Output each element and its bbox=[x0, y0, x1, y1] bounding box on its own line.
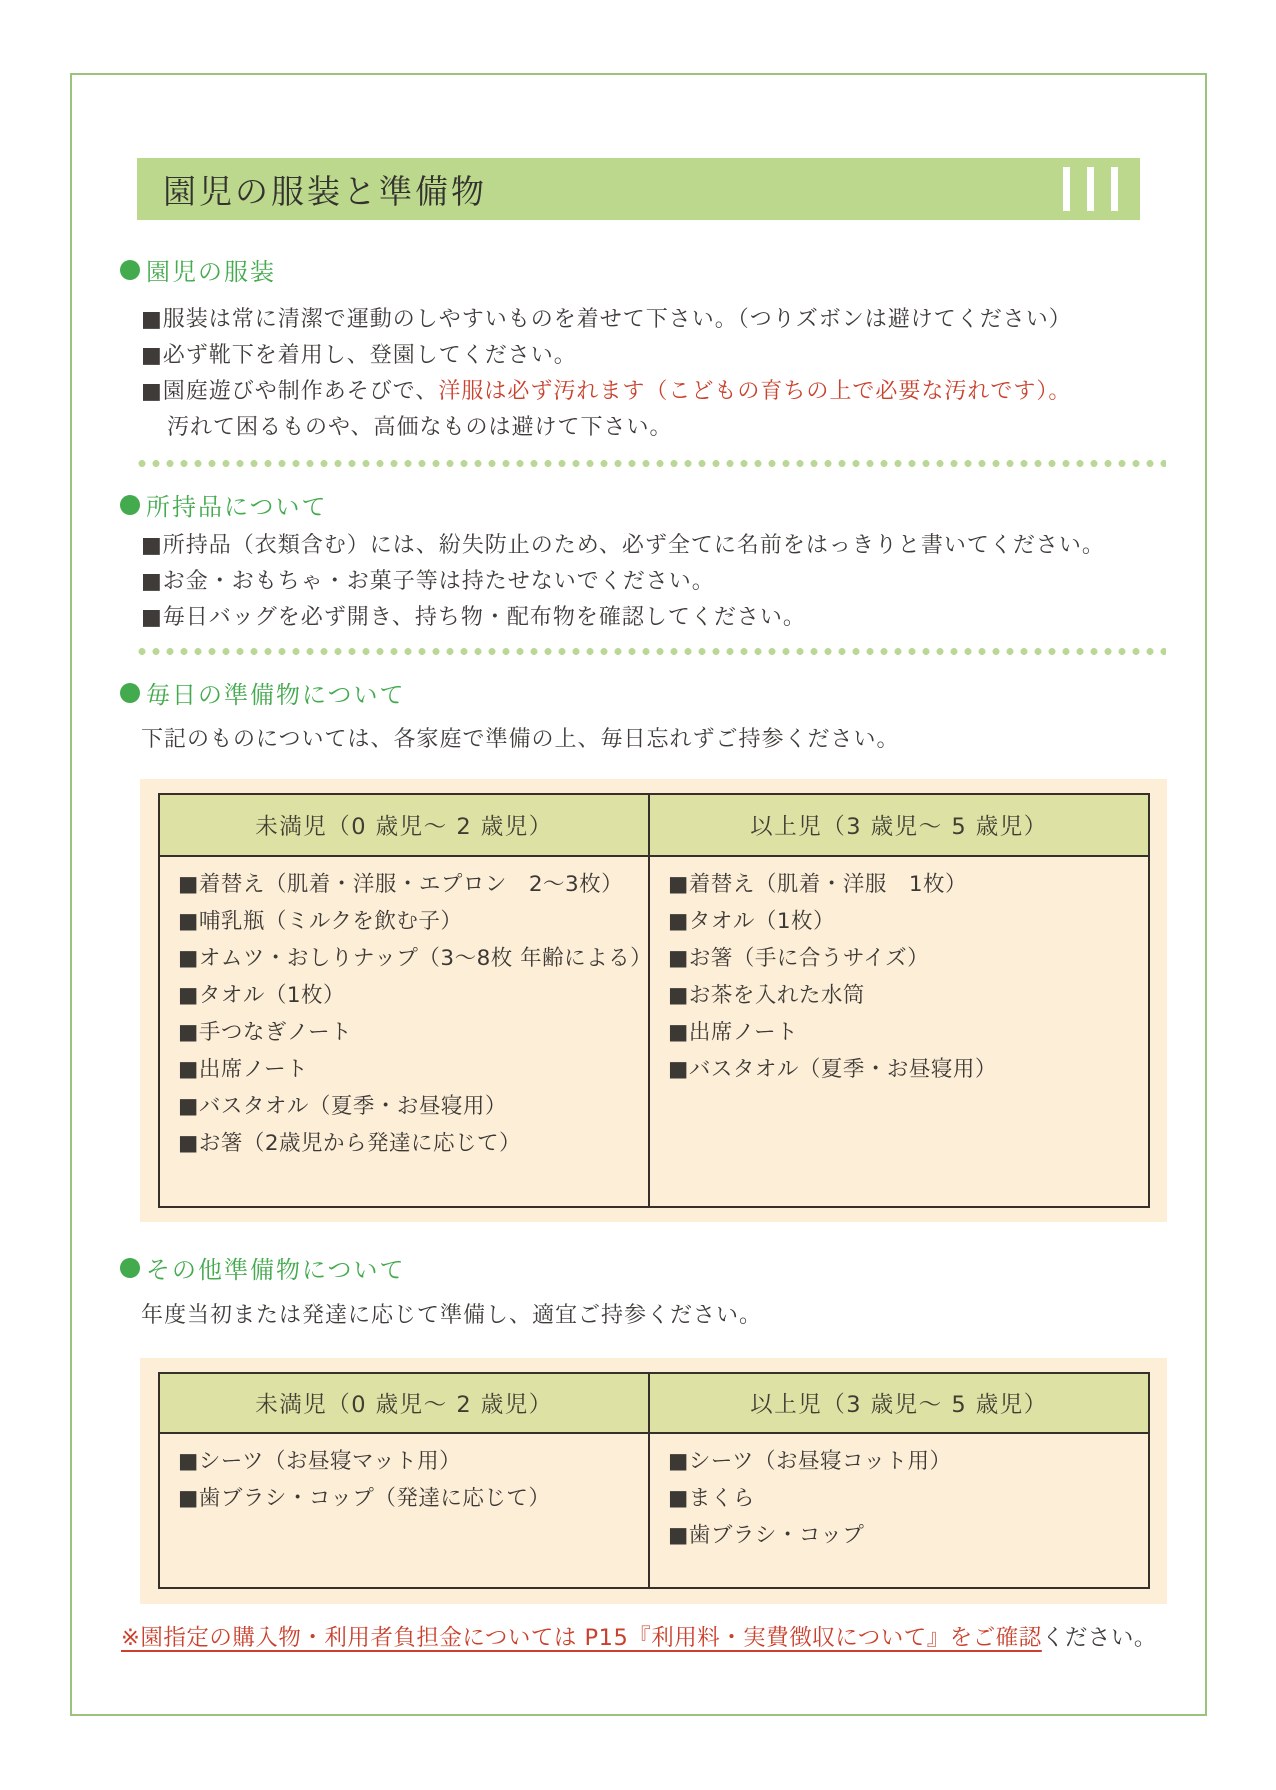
footnote: ※園指定の購入物・利用者負担金については P15『利用料・実費徴収について』をご… bbox=[121, 1620, 1157, 1652]
document-page: 園児の服装と準備物 園児の服装 ■服装は常に清潔で運動のしやすいものを着せて下さ… bbox=[0, 0, 1276, 1790]
section-heading-belongings: 所持品について bbox=[120, 487, 328, 522]
footnote-reference-text: ※園指定の購入物・利用者負担金については P15『利用料・実費徴収について』をご… bbox=[121, 1625, 1042, 1651]
other-intro-text: 年度当初または発達に応じて準備し、適宜ご持参ください。 bbox=[141, 1298, 762, 1329]
dotted-divider bbox=[138, 647, 1166, 656]
warning-text: 洋服は必ず汚れます（こどもの育ちの上で必要な汚れです）。 bbox=[438, 379, 1071, 404]
table-row: ■手つなぎノート bbox=[178, 1014, 648, 1051]
table-header-row: 未満児（0 歳児〜 2 歳児） 以上児（3 歳児〜 5 歳児） bbox=[160, 1374, 1148, 1434]
table-header-row: 未満児（0 歳児〜 2 歳児） 以上児（3 歳児〜 5 歳児） bbox=[160, 795, 1148, 857]
table-row: ■シーツ（お昼寝マット用） bbox=[178, 1443, 648, 1480]
bar-icon bbox=[1087, 167, 1094, 211]
table-row: ■タオル（1枚） bbox=[178, 977, 648, 1014]
clothing-item-list: ■服装は常に清潔で運動のしやすいものを着せて下さい。（つりズボンは避けてください… bbox=[141, 302, 1072, 446]
column-header-under3: 未満児（0 歳児〜 2 歳児） bbox=[160, 795, 650, 855]
table-row: ■歯ブラシ・コップ（発達に応じて） bbox=[178, 1480, 648, 1517]
table-row: ■哺乳瓶（ミルクを飲む子） bbox=[178, 903, 648, 940]
table-row: ■バスタオル（夏季・お昼寝用） bbox=[178, 1088, 648, 1125]
table-row: ■まくら bbox=[668, 1480, 1148, 1517]
section-heading-label: 毎日の準備物について bbox=[146, 675, 406, 710]
circle-bullet-icon bbox=[120, 1258, 140, 1278]
column-header-over3: 以上児（3 歳児〜 5 歳児） bbox=[650, 1374, 1148, 1432]
section-heading-other: その他準備物について bbox=[120, 1250, 406, 1285]
under3-cell: ■シーツ（お昼寝マット用） ■歯ブラシ・コップ（発達に応じて） bbox=[160, 1434, 650, 1587]
page-title: 園児の服装と準備物 bbox=[163, 166, 487, 213]
table-row: ■お茶を入れた水筒 bbox=[668, 977, 1148, 1014]
list-item: 汚れて困るものや、高価なものは避けて下さい。 bbox=[141, 410, 1072, 446]
table-row: ■着替え（肌着・洋服・エプロン 2〜3枚） bbox=[178, 866, 648, 903]
daily-preparation-table: 未満児（0 歳児〜 2 歳児） 以上児（3 歳児〜 5 歳児） ■着替え（肌着・… bbox=[158, 793, 1150, 1208]
belongings-item-list: ■所持品（衣類含む）には、紛失防止のため、必ず全てに名前をはっきりと書いてくださ… bbox=[141, 528, 1105, 636]
table-row: ■着替え（肌着・洋服 1枚） bbox=[668, 866, 1148, 903]
list-item: ■お金・おもちゃ・お菓子等は持たせないでください。 bbox=[141, 564, 1105, 600]
list-item: ■園庭遊びや制作あそびで、洋服は必ず汚れます（こどもの育ちの上で必要な汚れです）… bbox=[141, 374, 1072, 410]
list-item: ■必ず靴下を着用し、登園してください。 bbox=[141, 338, 1072, 374]
table-row: ■タオル（1枚） bbox=[668, 903, 1148, 940]
table-row: ■シーツ（お昼寝コット用） bbox=[668, 1443, 1148, 1480]
under3-cell: ■着替え（肌着・洋服・エプロン 2〜3枚） ■哺乳瓶（ミルクを飲む子） ■オムツ… bbox=[160, 857, 650, 1206]
list-item: ■毎日バッグを必ず開き、持ち物・配布物を確認してください。 bbox=[141, 600, 1105, 636]
section-heading-label: その他準備物について bbox=[146, 1250, 406, 1285]
table-row: ■お箸（2歳児から発達に応じて） bbox=[178, 1125, 648, 1162]
section-heading-label: 園児の服装 bbox=[146, 252, 276, 287]
table-body-row: ■シーツ（お昼寝マット用） ■歯ブラシ・コップ（発達に応じて） ■シーツ（お昼寝… bbox=[160, 1434, 1148, 1587]
list-item: ■服装は常に清潔で運動のしやすいものを着せて下さい。（つりズボンは避けてください… bbox=[141, 302, 1072, 338]
dotted-divider bbox=[138, 459, 1166, 468]
bar-icon bbox=[1063, 167, 1070, 211]
table-body-row: ■着替え（肌着・洋服・エプロン 2〜3枚） ■哺乳瓶（ミルクを飲む子） ■オムツ… bbox=[160, 857, 1148, 1206]
table-row: ■バスタオル（夏季・お昼寝用） bbox=[668, 1051, 1148, 1088]
list-item: ■所持品（衣類含む）には、紛失防止のため、必ず全てに名前をはっきりと書いてくださ… bbox=[141, 528, 1105, 564]
bar-icon bbox=[1111, 167, 1118, 211]
over3-cell: ■シーツ（お昼寝コット用） ■まくら ■歯ブラシ・コップ bbox=[650, 1434, 1148, 1587]
section-heading-clothing: 園児の服装 bbox=[120, 252, 276, 287]
section-heading-daily: 毎日の準備物について bbox=[120, 675, 406, 710]
other-preparation-table: 未満児（0 歳児〜 2 歳児） 以上児（3 歳児〜 5 歳児） ■シーツ（お昼寝… bbox=[158, 1372, 1150, 1589]
circle-bullet-icon bbox=[120, 495, 140, 515]
table-row: ■歯ブラシ・コップ bbox=[668, 1517, 1148, 1554]
daily-intro-text: 下記のものについては、各家庭で準備の上、毎日忘れずご持参ください。 bbox=[141, 722, 900, 753]
table-row: ■オムツ・おしりナップ（3〜8枚 年齢による） bbox=[178, 940, 648, 977]
title-band: 園児の服装と準備物 bbox=[137, 158, 1140, 220]
list-item-text: ■園庭遊びや制作あそびで、 bbox=[141, 379, 438, 404]
section-heading-label: 所持品について bbox=[146, 487, 328, 522]
over3-cell: ■着替え（肌着・洋服 1枚） ■タオル（1枚） ■お箸（手に合うサイズ） ■お茶… bbox=[650, 857, 1148, 1206]
triple-bar-decoration-icon bbox=[1063, 167, 1118, 211]
circle-bullet-icon bbox=[120, 260, 140, 280]
footnote-tail-text: ください。 bbox=[1042, 1625, 1157, 1651]
column-header-over3: 以上児（3 歳児〜 5 歳児） bbox=[650, 795, 1148, 855]
table-row: ■出席ノート bbox=[668, 1014, 1148, 1051]
table-row: ■出席ノート bbox=[178, 1051, 648, 1088]
circle-bullet-icon bbox=[120, 683, 140, 703]
column-header-under3: 未満児（0 歳児〜 2 歳児） bbox=[160, 1374, 650, 1432]
table-row: ■お箸（手に合うサイズ） bbox=[668, 940, 1148, 977]
